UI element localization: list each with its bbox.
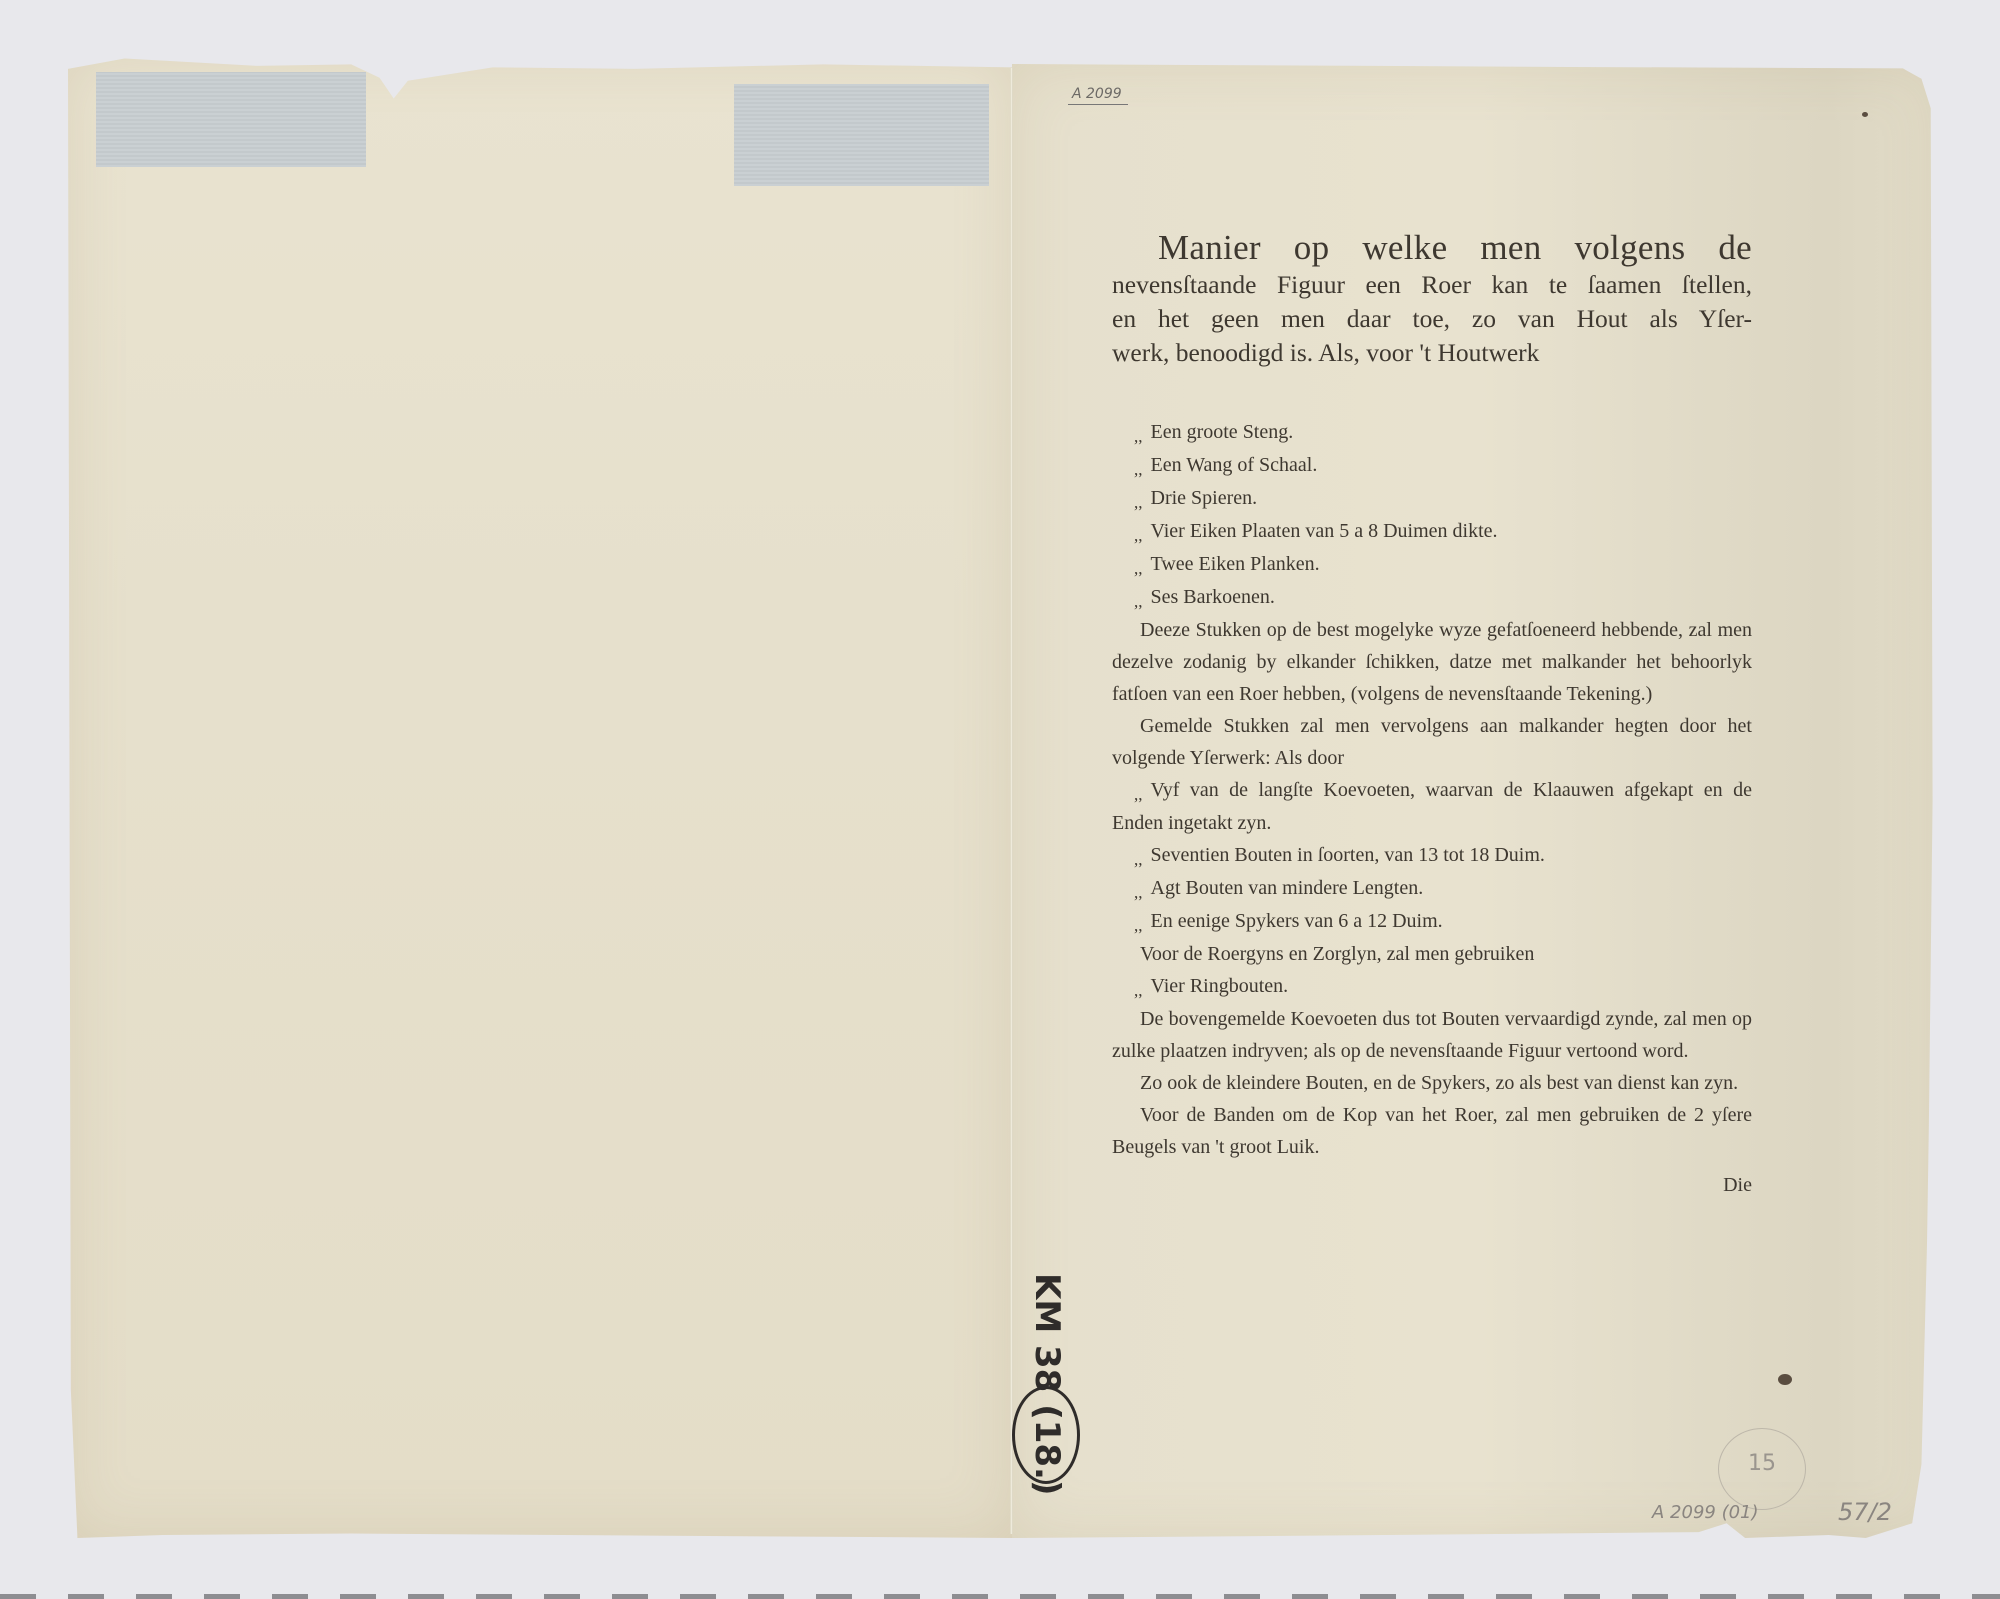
paragraph: Deeze Stukken op de best mogelyke wyze g… <box>1112 614 1752 710</box>
body-paragraphs-2: Voor de Roergyns en Zorglyn, zal men geb… <box>1112 938 1752 970</box>
left-blank-page <box>68 54 1012 1538</box>
subtitle-line-3: werk, benoodigd is. Als, voor 't Houtwer… <box>1112 336 1752 370</box>
ringbouten-list: ,,Vier Ringbouten. <box>1112 970 1752 1003</box>
mounting-tape-right <box>734 84 989 186</box>
houtwerk-list: ,,Een groote Steng. ,,Een Wang of Schaal… <box>1112 416 1752 614</box>
paragraph: Zo ook de kleindere Bouten, en de Spyker… <box>1112 1067 1752 1099</box>
ink-spot <box>1778 1374 1792 1385</box>
inventory-number-bottom: A 2099 (01) <box>1652 1502 1759 1523</box>
paragraph: Voor de Banden om de Kop van het Roer, z… <box>1112 1099 1752 1163</box>
list-item: ,,Ses Barkoenen. <box>1112 581 1752 614</box>
paragraph: De bovengemelde Koevoeten dus tot Bouten… <box>1112 1003 1752 1067</box>
mounting-tape-left <box>96 72 366 167</box>
list-item: ,,Een groote Steng. <box>1112 416 1752 449</box>
paragraph: Voor de Roergyns en Zorglyn, zal men geb… <box>1112 938 1752 970</box>
body-paragraphs-3: De bovengemelde Koevoeten dus tot Bouten… <box>1112 1003 1752 1163</box>
list-item: ,,Drie Spieren. <box>1112 482 1752 515</box>
bottom-scale-bar <box>0 1594 2000 1599</box>
list-item: ,,Twee Eiken Planken. <box>1112 548 1752 581</box>
printed-text-block: Manier op welke men volgens de nevensſta… <box>1112 228 1752 1201</box>
circled-page-number: 15 <box>1718 1428 1806 1510</box>
body-paragraphs: Deeze Stukken op de best mogelyke wyze g… <box>1112 614 1752 839</box>
list-item: ,,Agt Bouten van mindere Lengten. <box>1112 872 1752 905</box>
subtitle-line-2: en het geen men daar toe, zo van Hout al… <box>1112 302 1752 336</box>
list-item: ,,Seventien Bouten in ſoorten, van 13 to… <box>1112 839 1752 872</box>
list-item: ,,Vyf van de langſte Koevoeten, waarvan … <box>1112 774 1752 839</box>
list-item: ,,En eenige Spykers van 6 a 12 Duim. <box>1112 905 1752 938</box>
list-item: ,,Vier Ringbouten. <box>1112 970 1752 1003</box>
stamp-circle <box>1012 1386 1080 1484</box>
inventory-number-top: A 2099 <box>1068 86 1128 105</box>
subtitle-line-1: nevensſtaande Figuur een Roer kan te ſaa… <box>1112 268 1752 302</box>
list-item: ,,Een Wang of Schaal. <box>1112 449 1752 482</box>
yserwerk-list: ,,Seventien Bouten in ſoorten, van 13 to… <box>1112 839 1752 938</box>
folio-number: 57/2 <box>1838 1498 1892 1526</box>
document-title: Manier op welke men volgens de <box>1112 228 1752 268</box>
ink-spot <box>1862 112 1868 117</box>
archive-stamp: KM 38 (18.) <box>1002 1268 1082 1508</box>
catchword: Die <box>1112 1169 1752 1201</box>
list-item: ,,Vier Eiken Plaaten van 5 a 8 Duimen di… <box>1112 515 1752 548</box>
paragraph: Gemelde Stukken zal men vervolgens aan m… <box>1112 710 1752 774</box>
